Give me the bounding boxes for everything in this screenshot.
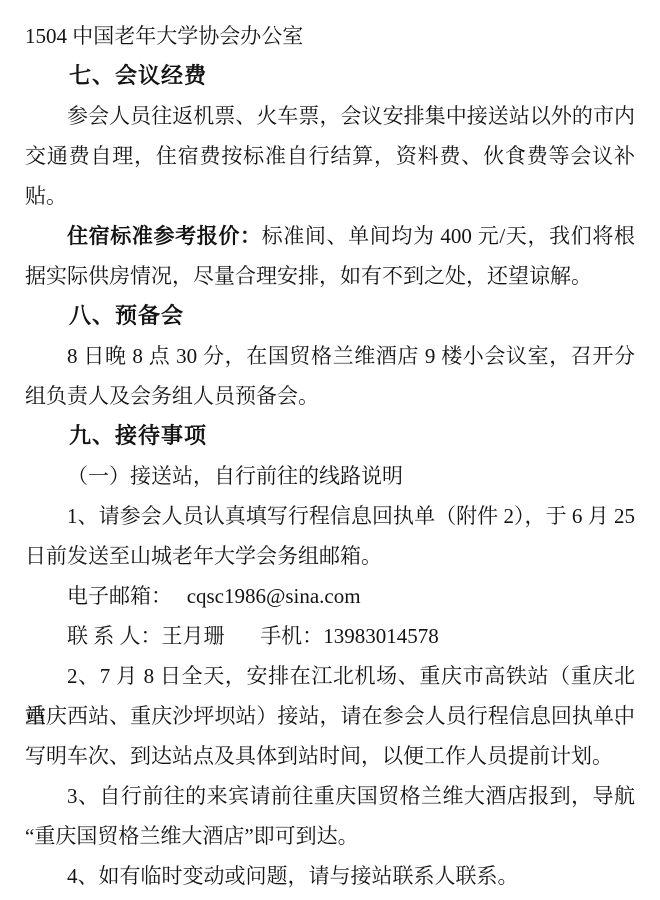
section-heading-meeting-expenses: 七、会议经费 bbox=[25, 56, 635, 96]
contact-name: 王月珊 bbox=[162, 624, 225, 648]
preparatory-para-line: 8 日晚 8 点 30 分，在国贸格兰维酒店 9 楼小会议室，召开分 bbox=[25, 336, 635, 376]
reception-item-2-line: 写明车次、到达站点及具体到站时间，以便工作人员提前计划。 bbox=[25, 736, 635, 776]
reception-item-3-line: 3、自行前往的来宾请前往重庆国贸格兰维大酒店报到，导航 bbox=[25, 776, 635, 816]
reception-subsection-title: （一）接送站，自行前往的线路说明 bbox=[25, 456, 635, 496]
email-line: 电子邮箱：cqsc1986@sina.com bbox=[25, 576, 635, 616]
reception-item-3-line: “重庆国贸格兰维大酒店”即可到达。 bbox=[25, 816, 635, 856]
reception-item-2-line: 重庆西站、重庆沙坪坝站）接站，请在参会人员行程信息回执单中 bbox=[25, 696, 635, 736]
reception-item-4-line: 4、如有临时变动或问题，请与接站联系人联系。 bbox=[25, 856, 635, 896]
preparatory-para-line: 组负责人及会务组人员预备会。 bbox=[25, 376, 635, 416]
email-value: cqsc1986@sina.com bbox=[187, 584, 361, 608]
phone-label: 手机： bbox=[260, 624, 323, 648]
reception-item-2-line: 2、7 月 8 日全天，安排在江北机场、重庆市高铁站（重庆北站、 bbox=[25, 656, 635, 696]
lodging-quote-line: 住宿标准参考报价：标准间、单间均为 400 元/天，我们将根 bbox=[25, 216, 635, 256]
lodging-quote-line: 据实际供房情况，尽量合理安排，如有不到之处，还望谅解。 bbox=[25, 256, 635, 296]
document-page: 1504 中国老年大学协会办公室 七、会议经费 参会人员往返机票、火车票，会议安… bbox=[0, 0, 660, 900]
expenses-para-line: 贴。 bbox=[25, 176, 635, 216]
reception-item-1-line: 日前发送至山城老年大学会务组邮箱。 bbox=[25, 536, 635, 576]
section-heading-preparatory-meeting: 八、预备会 bbox=[25, 296, 635, 336]
lodging-quote-label: 住宿标准参考报价： bbox=[67, 225, 262, 248]
reception-item-1-line: 1、请参会人员认真填写行程信息回执单（附件 2），于 6 月 25 bbox=[25, 496, 635, 536]
office-line: 1504 中国老年大学协会办公室 bbox=[25, 16, 635, 56]
section-heading-reception: 九、接待事项 bbox=[25, 416, 635, 456]
expenses-para-line: 交通费自理，住宿费按标准自行结算，资料费、伙食费等会议补 bbox=[25, 136, 635, 176]
contact-label: 联 系 人： bbox=[67, 624, 162, 648]
expenses-para-line: 参会人员往返机票、火车票，会议安排集中接送站以外的市内 bbox=[25, 96, 635, 136]
phone-number: 13983014578 bbox=[323, 624, 439, 648]
contact-line: 联 系 人：王月珊手机：13983014578 bbox=[25, 616, 635, 656]
lodging-quote-text: 标准间、单间均为 400 元/天，我们将根 bbox=[262, 224, 635, 248]
email-label: 电子邮箱： bbox=[67, 584, 172, 608]
